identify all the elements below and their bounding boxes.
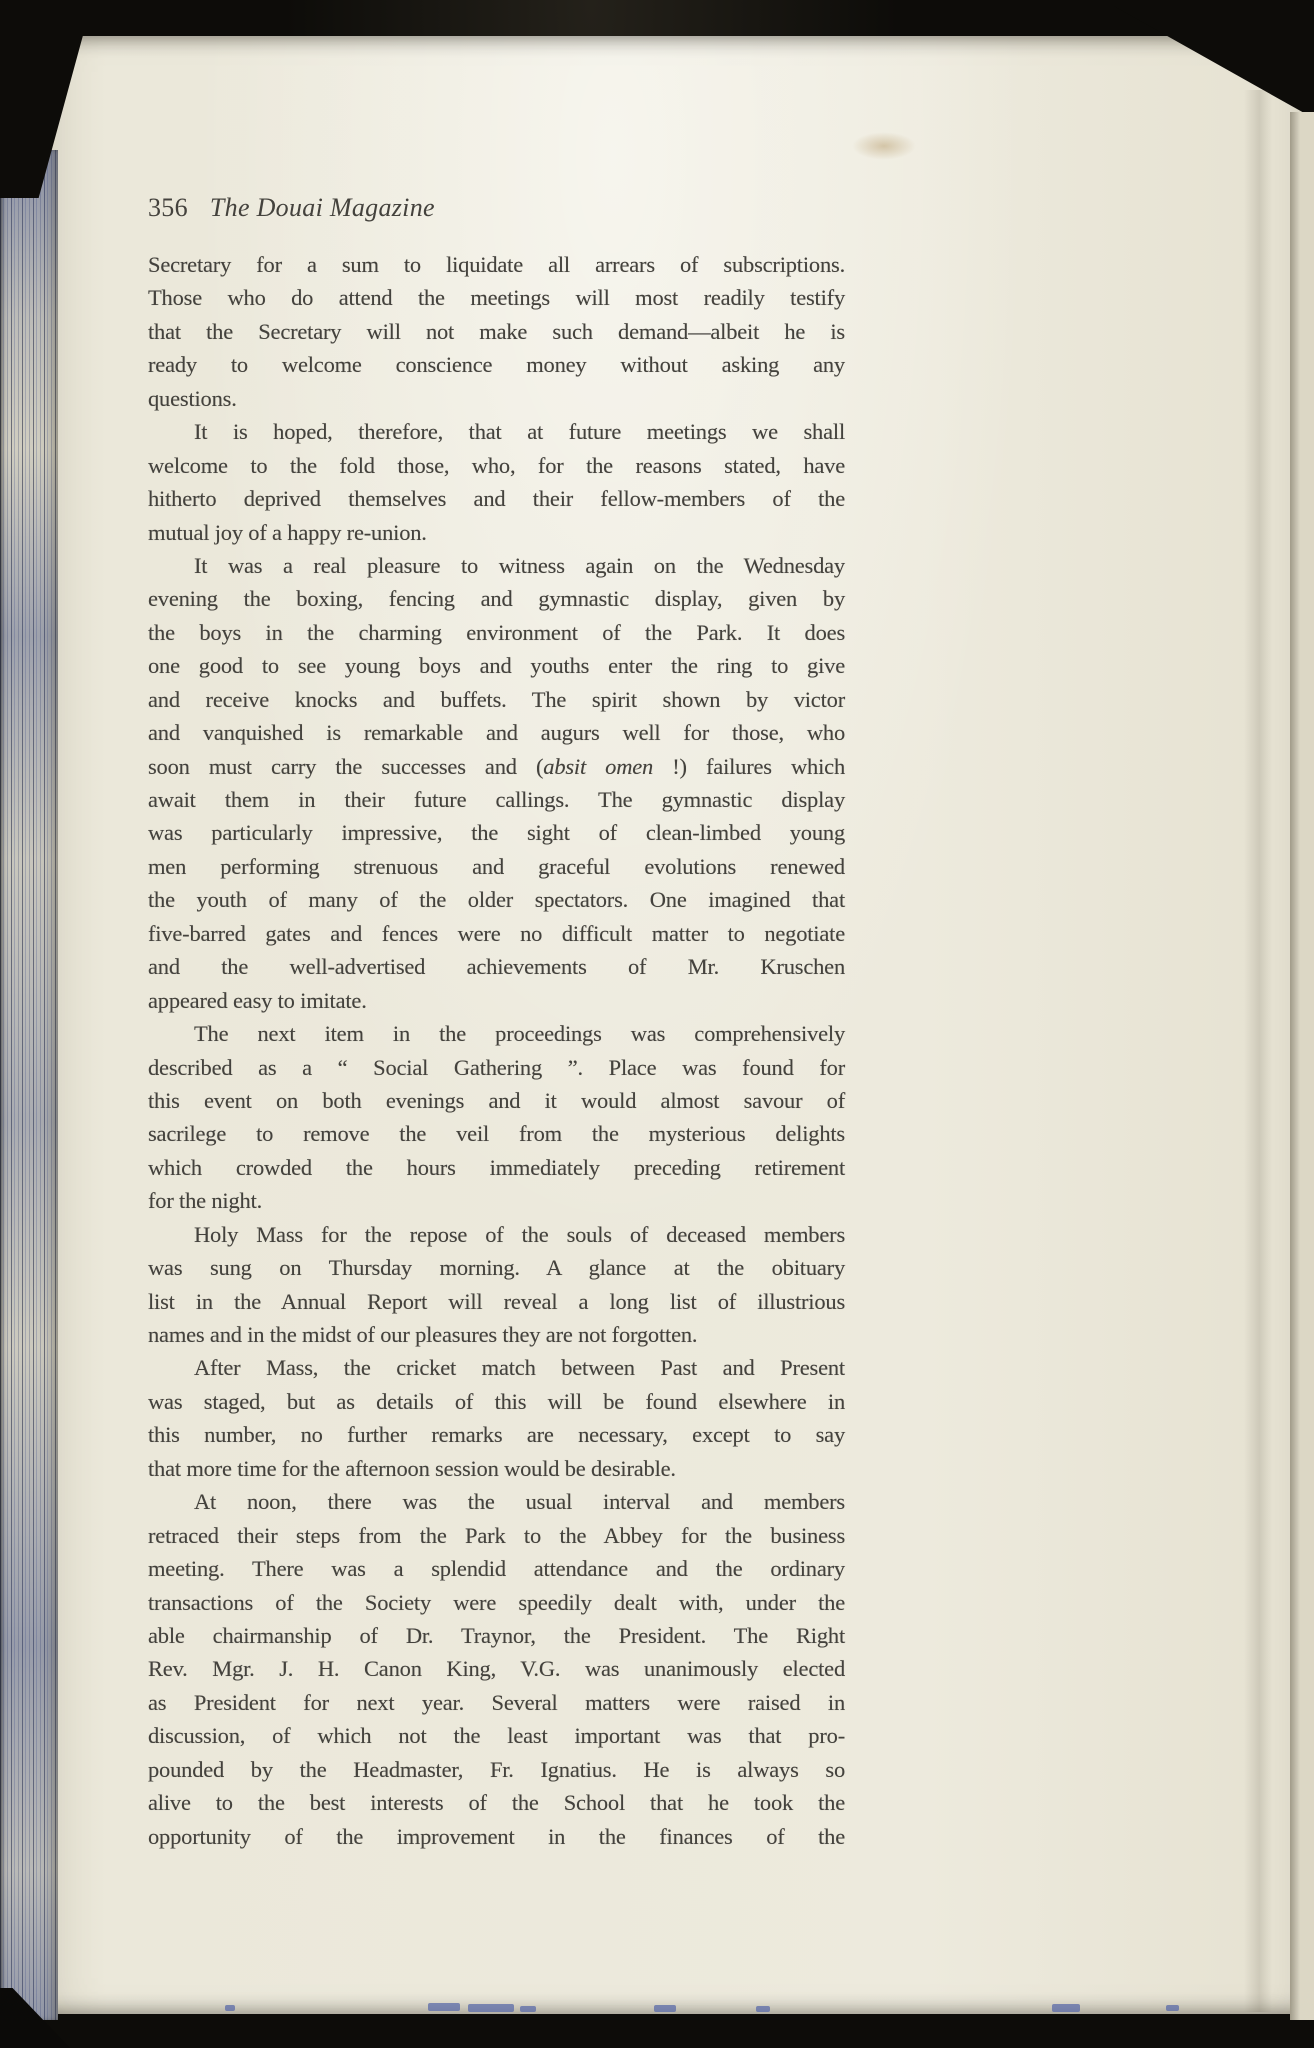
text-line: able chairmanship of Dr. Traynor, the Pr…: [148, 1619, 845, 1652]
text-line: the youth of many of the older spectator…: [148, 883, 845, 916]
text-line: and receive knocks and buffets. The spir…: [148, 683, 845, 716]
text-line: retraced their steps from the Park to th…: [148, 1519, 845, 1552]
text-line: pounded by the Headmaster, Fr. Ignatius.…: [148, 1753, 845, 1786]
paragraph: At noon, there was the usual interval an…: [148, 1485, 845, 1853]
text-line: questions.: [148, 382, 845, 415]
paper-smudge: [852, 132, 916, 160]
page-number: 356: [148, 193, 188, 223]
text-line: Rev. Mgr. J. H. Canon King, V.G. was una…: [148, 1652, 845, 1685]
text-line: Holy Mass for the repose of the souls of…: [148, 1218, 845, 1251]
paragraph: After Mass, the cricket match between Pa…: [148, 1351, 845, 1485]
ink-speck: [428, 2003, 460, 2011]
book-photo: 356The Douai Magazine Secretary for a su…: [0, 0, 1314, 2048]
text-line: as President for next year. Several matt…: [148, 1686, 845, 1719]
text-line: The next item in the proceedings was com…: [148, 1017, 845, 1050]
text-line: It is hoped, therefore, that at future m…: [148, 415, 845, 448]
page-crease: [1244, 90, 1272, 2012]
paragraph: The next item in the proceedings was com…: [148, 1017, 845, 1218]
text-line: described as a “ Social Gathering ”. Pla…: [148, 1051, 845, 1084]
text-line: Those who do attend the meetings will mo…: [148, 281, 845, 314]
text-line: opportunity of the improvement in the fi…: [148, 1820, 845, 1853]
paragraph: Secretary for a sum to liquidate all arr…: [148, 248, 845, 415]
text-line: ready to welcome conscience money withou…: [148, 348, 845, 381]
ink-speck: [520, 2006, 536, 2012]
running-title: The Douai Magazine: [210, 193, 435, 223]
text-line: names and in the midst of our pleasures …: [148, 1318, 845, 1351]
page: 356The Douai Magazine Secretary for a su…: [16, 36, 1314, 2014]
text-line: for the night.: [148, 1184, 845, 1217]
text-line: transactions of the Society were speedil…: [148, 1586, 845, 1619]
text-line: list in the Annual Report will reveal a …: [148, 1285, 845, 1318]
ink-speck: [468, 2004, 514, 2012]
text-line: was staged, but as details of this will …: [148, 1385, 845, 1418]
page-header: 356The Douai Magazine: [148, 193, 435, 223]
text-line: mutual joy of a happy re-union.: [148, 516, 845, 549]
text-line: hitherto deprived themselves and their f…: [148, 482, 845, 515]
text-line: was particularly impressive, the sight o…: [148, 816, 845, 849]
ink-speck: [654, 2005, 676, 2012]
text-line: that the Secretary will not make such de…: [148, 315, 845, 348]
text-line: which crowded the hours immediately prec…: [148, 1151, 845, 1184]
paragraph: Holy Mass for the repose of the souls of…: [148, 1218, 845, 1352]
ink-speck: [1052, 2004, 1080, 2012]
ink-speck: [1166, 2005, 1179, 2011]
text-line: meeting. There was a splendid attendance…: [148, 1552, 845, 1585]
page-body: Secretary for a sum to liquidate all arr…: [148, 248, 845, 1853]
text-line: men performing strenuous and graceful ev…: [148, 850, 845, 883]
ink-speck: [756, 2006, 770, 2012]
text-line: evening the boxing, fencing and gymnasti…: [148, 582, 845, 615]
text-line: five-barred gates and fences were no dif…: [148, 917, 845, 950]
text-line: It was a real pleasure to witness again …: [148, 549, 845, 582]
text-line: and the well-advertised achievements of …: [148, 950, 845, 983]
text-line: appeared easy to imitate.: [148, 984, 845, 1017]
text-line: welcome to the fold those, who, for the …: [148, 449, 845, 482]
ink-speck: [225, 2005, 235, 2011]
text-line: Secretary for a sum to liquidate all arr…: [148, 248, 845, 281]
text-line: this event on both evenings and it would…: [148, 1084, 845, 1117]
text-line: the boys in the charming environment of …: [148, 616, 845, 649]
text-line: At noon, there was the usual interval an…: [148, 1485, 845, 1518]
text-line: that more time for the afternoon session…: [148, 1452, 845, 1485]
text-line: was sung on Thursday morning. A glance a…: [148, 1251, 845, 1284]
paragraph: It was a real pleasure to witness again …: [148, 549, 845, 1017]
page-stack-edge: [0, 150, 58, 2020]
paragraph: It is hoped, therefore, that at future m…: [148, 415, 845, 549]
text-line: After Mass, the cricket match between Pa…: [148, 1351, 845, 1384]
text-line: soon must carry the successes and (absit…: [148, 750, 845, 783]
text-line: this number, no further remarks are nece…: [148, 1418, 845, 1451]
page-edge-strip: [1290, 112, 1314, 2020]
text-line: sacrilege to remove the veil from the my…: [148, 1117, 845, 1150]
text-line: alive to the best interests of the Schoo…: [148, 1786, 845, 1819]
text-line: one good to see young boys and youths en…: [148, 649, 845, 682]
text-line: and vanquished is remarkable and augurs …: [148, 716, 845, 749]
text-line: discussion, of which not the least impor…: [148, 1719, 845, 1752]
text-line: await them in their future callings. The…: [148, 783, 845, 816]
